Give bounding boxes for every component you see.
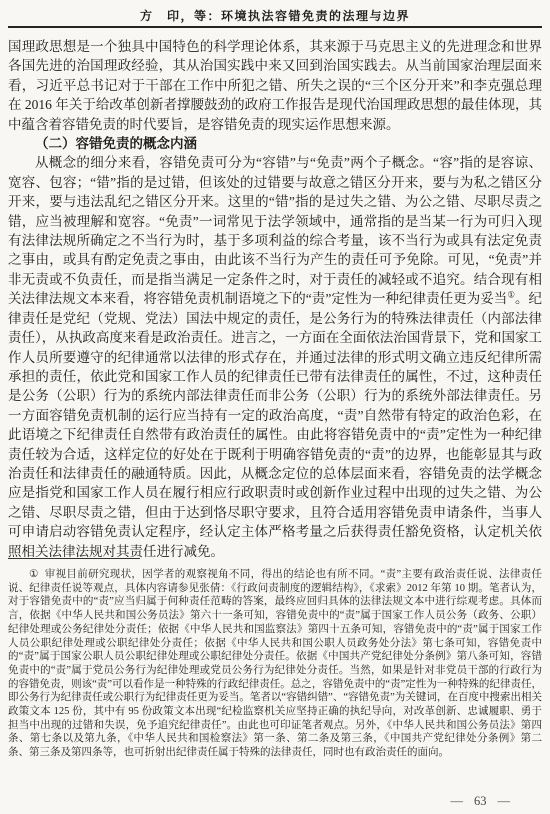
article-body: 国理政思想是一个独具中国特色的科学理论体系，其来源于马克思主义的先进理念和世界各… — [8, 37, 542, 558]
footnote-block: ①审视目前研究现状，因学者的观察视角不同，得出的结论也有所不同。“责”主要有政治… — [8, 558, 542, 760]
paragraph-concept: 从概念的细分来看，容错免责可分为“容错”与“免责”两个子概念。“容”指的是容谅、… — [8, 153, 542, 558]
running-title: 方 印，等：环境执法容错免责的法理与边界 — [8, 7, 542, 24]
footnote-body: 审视目前研究现状，因学者的观察视角不同，得出的结论也有所不同。“责”主要有政治责… — [8, 569, 542, 758]
superscript-reference: ① — [507, 290, 515, 300]
page-number: —63— — [451, 794, 511, 809]
journal-page: 方 印，等：环境执法容错免责的法理与边界 国理政思想是一个独具中国特色的科学理论… — [0, 0, 550, 814]
footnote-1: ①审视目前研究现状，因学者的观察视角不同，得出的结论也有所不同。“责”主要有政治… — [8, 568, 542, 760]
section-heading-concept: （二）容错免责的概念内涵 — [8, 134, 542, 153]
text-run: 从概念的细分来看，容错免责可分为“容错”与“免责”两个子概念。“容”指的是容谅、… — [8, 155, 542, 306]
header-rule — [8, 26, 542, 28]
page-number-value: 63 — [474, 794, 487, 808]
footnote-separator — [8, 558, 140, 559]
footnote-marker: ① — [29, 569, 39, 580]
text-run: 国理政思想是一个独具中国特色的科学理论体系，其来源于马克思主义的先进理念和世界各… — [8, 39, 542, 132]
page-number-left-dash: — — [451, 794, 464, 808]
paragraph-continuation: 国理政思想是一个独具中国特色的科学理论体系，其来源于马克思主义的先进理念和世界各… — [8, 37, 542, 134]
text-run: 。纪律责任是党纪（党规、党法）国法中规定的责任，是公务行为的特殊法律责任（内部法… — [8, 291, 542, 558]
text-run: （二）容错免责的概念内涵 — [35, 136, 197, 151]
page-number-right-dash: — — [498, 794, 511, 808]
